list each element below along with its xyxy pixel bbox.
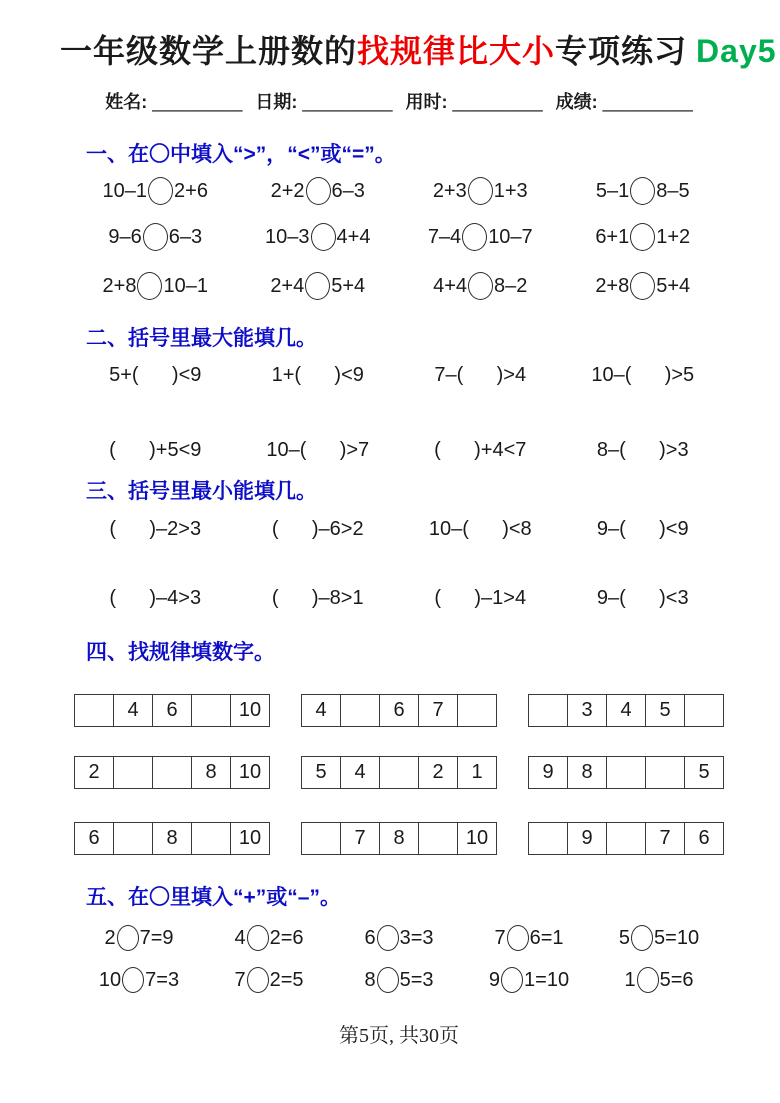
answer-circle[interactable] bbox=[305, 272, 330, 300]
pattern-cell: 8 bbox=[153, 823, 192, 855]
answer-circle[interactable] bbox=[630, 177, 655, 205]
section5-row2: 107=3 72=5 85=3 91=10 15=6 bbox=[74, 967, 724, 993]
name-field: 姓名: _________ bbox=[105, 88, 242, 114]
pattern-cell-blank[interactable] bbox=[192, 823, 231, 855]
right-equation: 5=3 bbox=[400, 969, 434, 991]
answer-circle[interactable] bbox=[630, 223, 655, 251]
pattern-cell: 6 bbox=[75, 823, 114, 855]
title-part-day: Day5 bbox=[696, 33, 777, 69]
section2-heading: 二、括号里最大能填几。 bbox=[86, 322, 724, 352]
section1-row1: 10–12+6 2+26–3 2+31+3 5–18–5 bbox=[74, 177, 724, 205]
pattern-cell-blank[interactable] bbox=[607, 757, 646, 789]
min-fill-item[interactable]: 9–( )<9 bbox=[597, 518, 689, 541]
sign-circle[interactable] bbox=[377, 925, 399, 951]
pattern-table: 9 8 5 bbox=[528, 756, 724, 789]
pattern-table: 3 4 5 bbox=[528, 694, 724, 727]
pattern-cell: 5 bbox=[302, 757, 341, 789]
pattern-cell: 6 bbox=[380, 695, 419, 727]
pattern-cell: 4 bbox=[114, 695, 153, 727]
pattern-cell-blank[interactable] bbox=[685, 695, 724, 727]
section3-heading: 三、括号里最小能填几。 bbox=[86, 475, 724, 505]
left-expression: 6+1 bbox=[595, 226, 629, 248]
left-number: 9 bbox=[489, 969, 500, 991]
student-info-row: 姓名: _________ 日期: _________ 用时: ________… bbox=[74, 88, 724, 114]
pattern-cell-blank[interactable] bbox=[529, 823, 568, 855]
min-fill-item[interactable]: ( )–8>1 bbox=[272, 587, 364, 610]
pattern-cell: 6 bbox=[153, 695, 192, 727]
pattern-cell: 4 bbox=[302, 695, 341, 727]
left-number: 10 bbox=[99, 969, 121, 991]
pattern-cell-blank[interactable] bbox=[646, 757, 685, 789]
max-fill-item[interactable]: 10–( )>7 bbox=[266, 439, 369, 462]
time-label: 用时: bbox=[406, 92, 448, 112]
pattern-cell-blank[interactable] bbox=[153, 757, 192, 789]
right-expression: 5+4 bbox=[331, 275, 365, 297]
pattern-cell-blank[interactable] bbox=[607, 823, 646, 855]
max-fill-item[interactable]: 1+( )<9 bbox=[272, 364, 364, 387]
pattern-cell: 2 bbox=[75, 757, 114, 789]
right-equation: 2=6 bbox=[270, 927, 304, 949]
sign-circle[interactable] bbox=[117, 925, 139, 951]
pattern-cell: 4 bbox=[607, 695, 646, 727]
pattern-cell-blank[interactable] bbox=[192, 695, 231, 727]
max-fill-item[interactable]: 5+( )<9 bbox=[109, 364, 201, 387]
right-expression: 10–1 bbox=[163, 275, 208, 297]
min-fill-item[interactable]: 9–( )<3 bbox=[597, 587, 689, 610]
right-expression: 6–3 bbox=[332, 180, 365, 202]
section4-heading: 四、找规律填数字。 bbox=[86, 636, 724, 666]
pattern-cell: 4 bbox=[341, 757, 380, 789]
sign-circle[interactable] bbox=[122, 967, 144, 993]
right-equation: 1=10 bbox=[524, 969, 569, 991]
comparison-item: 2+26–3 bbox=[271, 177, 365, 205]
min-fill-item[interactable]: ( )–1>4 bbox=[434, 587, 526, 610]
answer-circle[interactable] bbox=[148, 177, 173, 205]
page-number-footer: 第5页, 共30页 bbox=[74, 1019, 724, 1048]
sign-item: 107=3 bbox=[99, 967, 179, 993]
sign-item: 27=9 bbox=[104, 925, 173, 951]
date-blank-line[interactable]: _________ bbox=[302, 92, 392, 112]
pattern-table-row2: 2 8 10 5 4 2 1 9 8 5 bbox=[74, 756, 724, 789]
left-number: 1 bbox=[624, 969, 635, 991]
comparison-item: 9–66–3 bbox=[108, 223, 202, 251]
answer-circle[interactable] bbox=[468, 272, 493, 300]
max-fill-item[interactable]: ( )+4<7 bbox=[434, 439, 526, 462]
right-equation: 5=10 bbox=[654, 927, 699, 949]
comparison-item: 10–34+4 bbox=[265, 223, 370, 251]
pattern-cell: 2 bbox=[419, 757, 458, 789]
sign-item: 55=10 bbox=[619, 925, 699, 951]
pattern-cell: 5 bbox=[646, 695, 685, 727]
left-number: 6 bbox=[364, 927, 375, 949]
pattern-cell: 7 bbox=[341, 823, 380, 855]
left-number: 2 bbox=[104, 927, 115, 949]
sign-circle[interactable] bbox=[637, 967, 659, 993]
answer-circle[interactable] bbox=[630, 272, 655, 300]
left-number: 8 bbox=[364, 969, 375, 991]
pattern-table: 9 7 6 bbox=[528, 822, 724, 855]
pattern-cell: 3 bbox=[568, 695, 607, 727]
max-fill-item[interactable]: ( )+5<9 bbox=[109, 439, 201, 462]
pattern-cell: 7 bbox=[646, 823, 685, 855]
right-equation: 2=5 bbox=[270, 969, 304, 991]
pattern-cell: 9 bbox=[568, 823, 607, 855]
section5-row1: 27=9 42=6 63=3 76=1 55=10 bbox=[74, 925, 724, 951]
pattern-cell-blank[interactable] bbox=[529, 695, 568, 727]
right-expression: 10–7 bbox=[488, 226, 533, 248]
right-equation: 5=6 bbox=[660, 969, 694, 991]
name-label: 姓名: bbox=[105, 92, 147, 112]
pattern-cell-blank[interactable] bbox=[341, 695, 380, 727]
pattern-cell-blank[interactable] bbox=[380, 757, 419, 789]
sign-item: 85=3 bbox=[364, 967, 433, 993]
pattern-table: 2 8 10 bbox=[74, 756, 270, 789]
pattern-cell: 6 bbox=[685, 823, 724, 855]
pattern-cell-blank[interactable] bbox=[75, 695, 114, 727]
left-number: 5 bbox=[619, 927, 630, 949]
right-expression: 1+3 bbox=[494, 180, 528, 202]
right-expression: 6–3 bbox=[169, 226, 202, 248]
left-expression: 2+2 bbox=[271, 180, 305, 202]
pattern-cell: 10 bbox=[458, 823, 497, 855]
pattern-cell: 8 bbox=[568, 757, 607, 789]
answer-circle[interactable] bbox=[137, 272, 162, 300]
title-part-black2: 专项练习 bbox=[555, 33, 687, 69]
section2-row1: 5+( )<9 1+( )<9 7–( )>4 10–( )>5 bbox=[74, 364, 724, 387]
left-expression: 10–3 bbox=[265, 226, 310, 248]
right-expression: 8–5 bbox=[656, 180, 689, 202]
worksheet-page: 一年级数学上册数的找规律比大小专项练习Day5 姓名: _________ 日期… bbox=[0, 0, 780, 1103]
left-number: 7 bbox=[234, 969, 245, 991]
left-expression: 5–1 bbox=[596, 180, 629, 202]
comparison-item: 2+85+4 bbox=[595, 272, 690, 300]
pattern-cell-blank[interactable] bbox=[114, 757, 153, 789]
left-number: 4 bbox=[234, 927, 245, 949]
left-expression: 9–6 bbox=[108, 226, 141, 248]
pattern-cell: 8 bbox=[192, 757, 231, 789]
time-field: 用时: _________ bbox=[406, 88, 543, 114]
section1-heading: 一、在〇中填入“>”，“<”或“=”。 bbox=[86, 138, 724, 168]
section1-row2: 9–66–3 10–34+4 7–410–7 6+11+2 bbox=[74, 223, 724, 251]
date-label: 日期: bbox=[255, 92, 297, 112]
answer-circle[interactable] bbox=[306, 177, 331, 205]
date-field: 日期: _________ bbox=[255, 88, 392, 114]
right-expression: 5+4 bbox=[656, 275, 690, 297]
sign-item: 63=3 bbox=[364, 925, 433, 951]
comparison-item: 6+11+2 bbox=[595, 223, 690, 251]
pattern-cell-blank[interactable] bbox=[419, 823, 458, 855]
title-part-black: 一年级数学上册数的 bbox=[60, 33, 357, 69]
pattern-cell: 1 bbox=[458, 757, 497, 789]
time-blank-line[interactable]: _________ bbox=[453, 92, 543, 112]
sign-circle[interactable] bbox=[247, 967, 269, 993]
right-expression: 1+2 bbox=[656, 226, 690, 248]
sign-item: 72=5 bbox=[234, 967, 303, 993]
left-expression: 10–1 bbox=[103, 180, 148, 202]
sign-item: 15=6 bbox=[624, 967, 693, 993]
section2-row2: ( )+5<9 10–( )>7 ( )+4<7 8–( )>3 bbox=[74, 439, 724, 462]
min-fill-item[interactable]: 10–( )<8 bbox=[429, 518, 532, 541]
sign-item: 76=1 bbox=[494, 925, 563, 951]
section3-row1: ( )–2>3 ( )–6>2 10–( )<8 9–( )<9 bbox=[74, 518, 724, 541]
comparison-item: 4+48–2 bbox=[433, 272, 527, 300]
comparison-item: 10–12+6 bbox=[103, 177, 208, 205]
right-equation: 7=3 bbox=[145, 969, 179, 991]
page-title: 一年级数学上册数的找规律比大小专项练习Day5 bbox=[60, 26, 724, 72]
pattern-cell: 7 bbox=[419, 695, 458, 727]
left-expression: 4+4 bbox=[433, 275, 467, 297]
pattern-cell: 8 bbox=[380, 823, 419, 855]
section1-row3: 2+810–1 2+45+4 4+48–2 2+85+4 bbox=[74, 272, 724, 300]
pattern-cell: 10 bbox=[231, 695, 270, 727]
pattern-table-row1: 4 6 10 4 6 7 3 4 5 bbox=[74, 694, 724, 727]
sign-circle[interactable] bbox=[631, 925, 653, 951]
title-part-red: 找规律比大小 bbox=[357, 33, 555, 69]
pattern-cell: 5 bbox=[685, 757, 724, 789]
answer-circle[interactable] bbox=[311, 223, 336, 251]
score-field: 成绩: _________ bbox=[556, 88, 693, 114]
comparison-item: 7–410–7 bbox=[428, 223, 533, 251]
left-expression: 7–4 bbox=[428, 226, 461, 248]
pattern-cell: 10 bbox=[231, 823, 270, 855]
pattern-table: 7 8 10 bbox=[301, 822, 497, 855]
left-expression: 2+8 bbox=[103, 275, 137, 297]
left-expression: 2+3 bbox=[433, 180, 467, 202]
pattern-cell-blank[interactable] bbox=[302, 823, 341, 855]
pattern-cell: 10 bbox=[231, 757, 270, 789]
section5-heading: 五、在〇里填入“+”或“–”。 bbox=[86, 881, 724, 911]
pattern-cell-blank[interactable] bbox=[458, 695, 497, 727]
comparison-item: 2+45+4 bbox=[270, 272, 365, 300]
min-fill-item[interactable]: ( )–6>2 bbox=[272, 518, 364, 541]
right-equation: 3=3 bbox=[400, 927, 434, 949]
max-fill-item[interactable]: 10–( )>5 bbox=[591, 364, 694, 387]
comparison-item: 2+810–1 bbox=[103, 272, 208, 300]
score-label: 成绩: bbox=[556, 92, 598, 112]
answer-circle[interactable] bbox=[462, 223, 487, 251]
sign-circle[interactable] bbox=[377, 967, 399, 993]
pattern-table: 4 6 10 bbox=[74, 694, 270, 727]
right-equation: 7=9 bbox=[140, 927, 174, 949]
sign-item: 42=6 bbox=[234, 925, 303, 951]
right-expression: 2+6 bbox=[174, 180, 208, 202]
max-fill-item[interactable]: 7–( )>4 bbox=[434, 364, 526, 387]
sign-circle[interactable] bbox=[501, 967, 523, 993]
pattern-table: 6 8 10 bbox=[74, 822, 270, 855]
comparison-item: 2+31+3 bbox=[433, 177, 528, 205]
sign-circle[interactable] bbox=[247, 925, 269, 951]
pattern-cell: 9 bbox=[529, 757, 568, 789]
right-expression: 4+4 bbox=[337, 226, 371, 248]
min-fill-item[interactable]: ( )–4>3 bbox=[109, 587, 201, 610]
min-fill-item[interactable]: ( )–2>3 bbox=[109, 518, 201, 541]
left-number: 7 bbox=[494, 927, 505, 949]
pattern-table: 5 4 2 1 bbox=[301, 756, 497, 789]
answer-circle[interactable] bbox=[468, 177, 493, 205]
right-equation: 6=1 bbox=[530, 927, 564, 949]
max-fill-item[interactable]: 8–( )>3 bbox=[597, 439, 689, 462]
comparison-item: 5–18–5 bbox=[596, 177, 690, 205]
left-expression: 2+4 bbox=[270, 275, 304, 297]
right-expression: 8–2 bbox=[494, 275, 527, 297]
left-expression: 2+8 bbox=[595, 275, 629, 297]
name-blank-line[interactable]: _________ bbox=[152, 92, 242, 112]
sign-item: 91=10 bbox=[489, 967, 569, 993]
score-blank-line[interactable]: _________ bbox=[603, 92, 693, 112]
pattern-table-row3: 6 8 10 7 8 10 9 7 6 bbox=[74, 822, 724, 855]
pattern-cell-blank[interactable] bbox=[114, 823, 153, 855]
sign-circle[interactable] bbox=[507, 925, 529, 951]
answer-circle[interactable] bbox=[143, 223, 168, 251]
section3-row2: ( )–4>3 ( )–8>1 ( )–1>4 9–( )<3 bbox=[74, 587, 724, 610]
pattern-table: 4 6 7 bbox=[301, 694, 497, 727]
